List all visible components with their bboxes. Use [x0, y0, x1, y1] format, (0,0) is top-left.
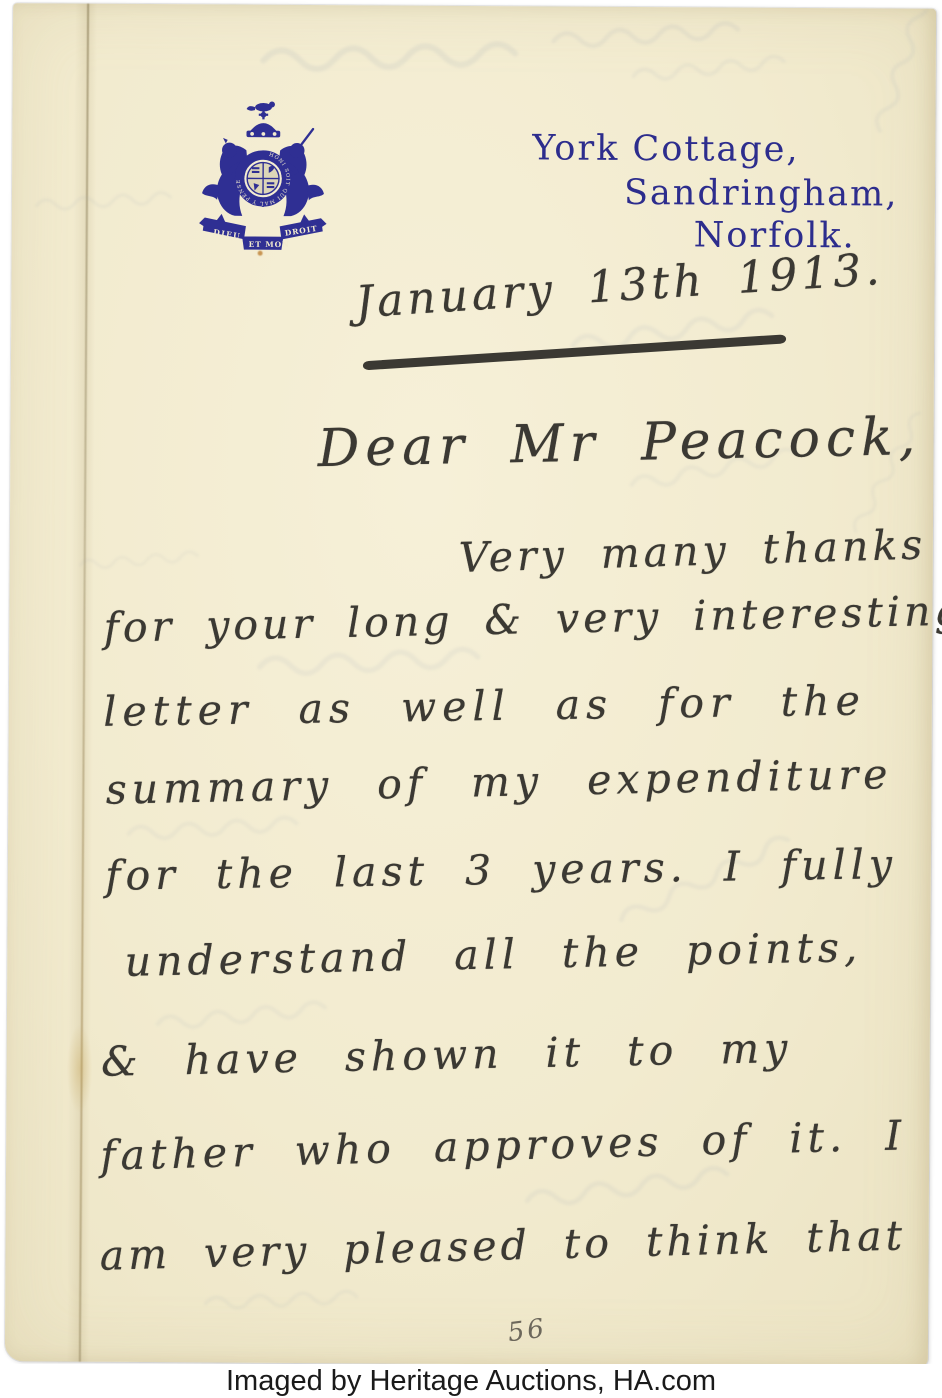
footer-caption-text: Imaged by Heritage Auctions, HA.com: [226, 1364, 716, 1398]
pencil-note: 56: [506, 1313, 549, 1348]
body-line: for your long & very interesting: [103, 586, 942, 651]
salutation: Dear Mr Peacock,: [317, 407, 922, 479]
date-underline-stroke: [363, 334, 787, 370]
body-line: Very many thanks: [458, 520, 927, 581]
letterhead-line-1: York Cottage,: [532, 128, 800, 170]
letterhead-line-2: Sandringham,: [624, 173, 899, 215]
body-line: am very pleased to think that: [99, 1211, 906, 1279]
royal-coat-of-arms-icon: HONI SOIT QUI MAL Y PENSE DIEU DROIT ET …: [188, 94, 339, 255]
date-line: January 13th 1913.: [354, 244, 885, 329]
body-line: letter as well as for the: [103, 676, 866, 735]
letter-page: HONI SOIT QUI MAL Y PENSE DIEU DROIT ET …: [5, 3, 936, 1367]
body-line: understand all the points,: [124, 923, 862, 986]
motto-ribbon: DIEU DROIT ET MON: [199, 217, 327, 250]
body-line: & have shown it to my: [101, 1024, 793, 1086]
crest-lion-icon: [247, 101, 275, 111]
body-line: father who approves of it. I: [100, 1111, 907, 1179]
motto-center-text: ET MON: [249, 240, 290, 249]
body-line: for the last 3 years. I fully: [105, 840, 897, 900]
body-line: summary of my expenditure: [105, 750, 893, 814]
crown-icon: [246, 110, 280, 137]
shield-icon: [247, 162, 279, 194]
footer-caption-bar: Imaged by Heritage Auctions, HA.com: [0, 1364, 942, 1398]
